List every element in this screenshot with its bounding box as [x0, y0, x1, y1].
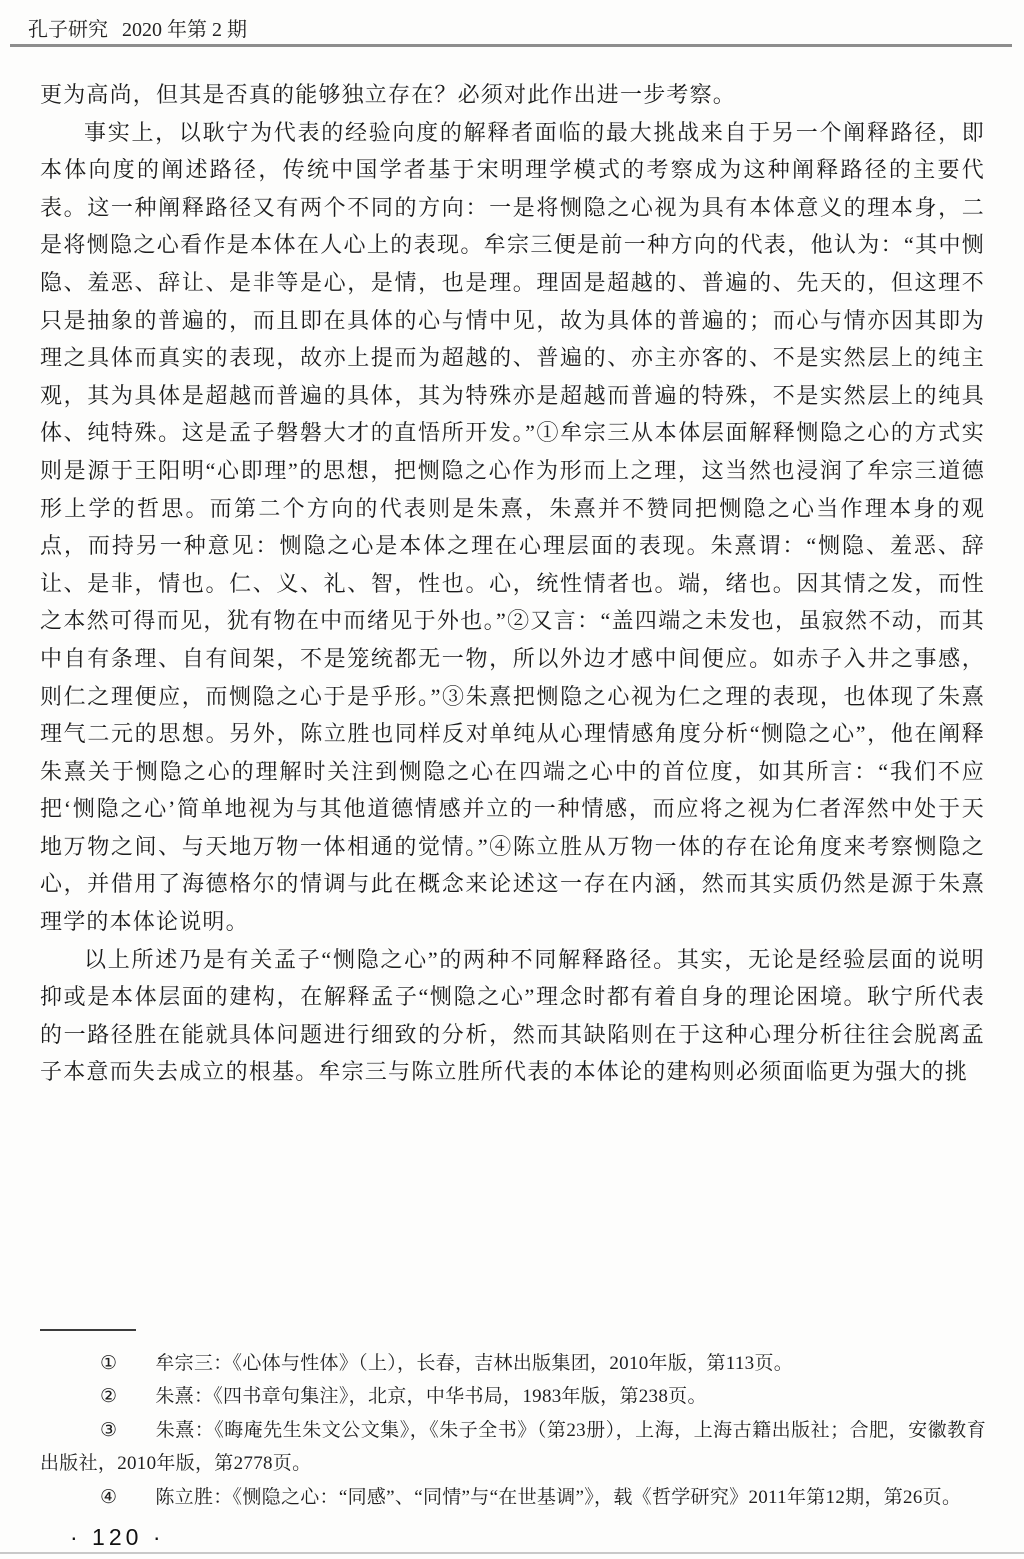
paragraph: 以上所述乃是有关孟子“恻隐之心”的两种不同解释路径。其实，无论是经验层面的说明抑… [40, 941, 985, 1091]
paragraph: 事实上，以耿宁为代表的经验向度的解释者面临的最大挑战来自于另一个阐释路径，即本体… [40, 114, 985, 941]
footnote-item: ②朱熹：《四书章句集注》，北京，中华书局，1983年版，第238页。 [40, 1380, 986, 1413]
footnote-text: 朱熹：《晦庵先生朱文公文集》，《朱子全书》（第23册），上海，上海古籍出版社；合… [40, 1420, 986, 1474]
article-body: 更为高尚，但其是否真的能够独立存在？必须对此作出进一步考察。 事实上，以耿宁为代… [40, 76, 985, 1091]
issue-label: 2020 年第 2 期 [122, 19, 247, 41]
header-divider [10, 44, 1012, 47]
bottom-divider [0, 1552, 1024, 1554]
running-head: 孔子研究2020 年第 2 期 [28, 18, 247, 42]
footnote-text: 陈立胜：《恻隐之心：“同感”、“同情”与“在世基调”》，载《哲学研究》2011年… [155, 1487, 961, 1508]
footnote-marker: ② [100, 1386, 117, 1407]
footnotes-section: ①牟宗三：《心体与性体》（上），长春，吉林出版集团，2010年版，第113页。 … [40, 1347, 986, 1514]
paragraph-continued: 更为高尚，但其是否真的能够独立存在？必须对此作出进一步考察。 [40, 76, 985, 114]
footnote-text: 朱熹：《四书章句集注》，北京，中华书局，1983年版，第238页。 [155, 1386, 706, 1407]
footnote-item: ①牟宗三：《心体与性体》（上），长春，吉林出版集团，2010年版，第113页。 [40, 1347, 986, 1380]
footnote-marker: ① [100, 1353, 117, 1374]
footnote-item: ③朱熹：《晦庵先生朱文公文集》，《朱子全书》（第23册），上海，上海古籍出版社；… [40, 1414, 986, 1481]
footnote-item: ④陈立胜：《恻隐之心：“同感”、“同情”与“在世基调”》，载《哲学研究》2011… [40, 1481, 986, 1514]
footnote-marker: ④ [100, 1487, 117, 1508]
journal-title: 孔子研究 [28, 19, 108, 41]
journal-page: 孔子研究2020 年第 2 期 更为高尚，但其是否真的能够独立存在？必须对此作出… [0, 0, 1024, 1559]
footnote-text: 牟宗三：《心体与性体》（上），长春，吉林出版集团，2010年版，第113页。 [155, 1353, 793, 1374]
footnote-divider [40, 1329, 136, 1331]
page-number: · 120 · [70, 1524, 164, 1551]
footnote-marker: ③ [100, 1420, 118, 1441]
